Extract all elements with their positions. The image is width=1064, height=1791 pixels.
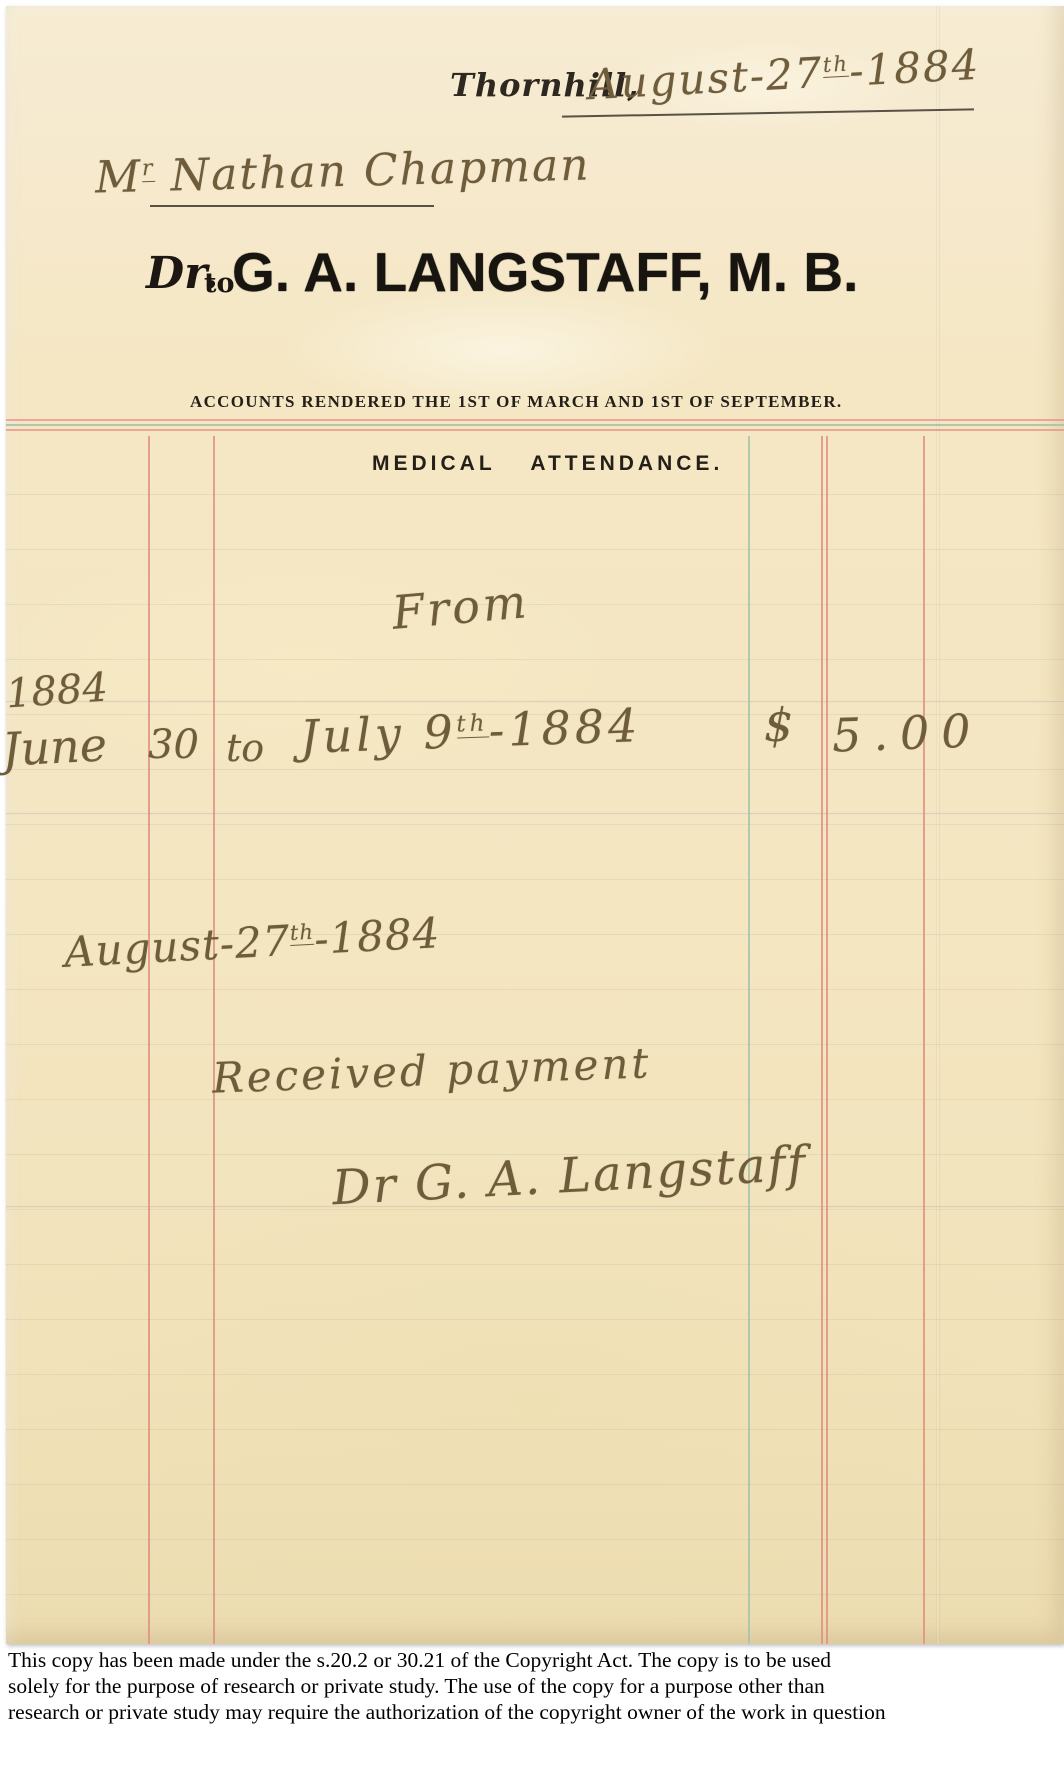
accounts-notice: ACCOUNTS RENDERED THE 1ST OF MARCH AND 1… bbox=[190, 392, 842, 412]
column-rule-green bbox=[748, 436, 750, 1644]
head-rule-green bbox=[6, 424, 1064, 426]
footer-line-3: research or private study may require th… bbox=[8, 1700, 1064, 1725]
column-rule-double-b bbox=[826, 436, 828, 1644]
dateline-date-ordinal: th bbox=[822, 52, 849, 78]
column-rule-right bbox=[923, 436, 925, 1644]
entry-ordinal: th bbox=[456, 710, 489, 738]
head-rule-pink-bottom bbox=[6, 429, 1064, 431]
faint-horizontal-ruling bbox=[6, 440, 1064, 1640]
scanned-document-page: Thornhill, August-27th-1884 Mr Nathan Ch… bbox=[0, 0, 1064, 1791]
receipt-date-ordinal: th bbox=[289, 920, 314, 946]
footer-line-2: solely for the purpose of research or pr… bbox=[8, 1674, 1064, 1699]
physician-name: G. A. LANGSTAFF, M. B. bbox=[232, 240, 858, 304]
dateline-date-year: -1884 bbox=[848, 40, 981, 96]
entry-amount: 5.00 bbox=[831, 703, 983, 762]
client-prefix-ordinal: r bbox=[142, 156, 155, 182]
entry-day: 30 bbox=[148, 722, 199, 768]
entry-month: June bbox=[1, 717, 109, 776]
head-rule-pink-top bbox=[6, 419, 1064, 421]
entry-currency-symbol: $ bbox=[764, 698, 793, 752]
column-rule-double-a bbox=[821, 436, 823, 1644]
billhead-to: to bbox=[204, 268, 234, 299]
client-prefix: M bbox=[94, 151, 142, 203]
receipt-date-year: -1884 bbox=[313, 908, 441, 964]
entry-period-year: -1884 bbox=[488, 698, 642, 757]
entry-until: July 9 bbox=[299, 705, 457, 764]
column-rule-left-1 bbox=[148, 436, 150, 1644]
entry-to-word: to bbox=[226, 726, 264, 770]
column-rule-left-2 bbox=[213, 436, 215, 1644]
client-name-rule bbox=[150, 205, 434, 207]
ledger-year: 1884 bbox=[5, 665, 110, 718]
footer-line-1: This copy has been made under the s.20.2… bbox=[8, 1648, 1064, 1673]
